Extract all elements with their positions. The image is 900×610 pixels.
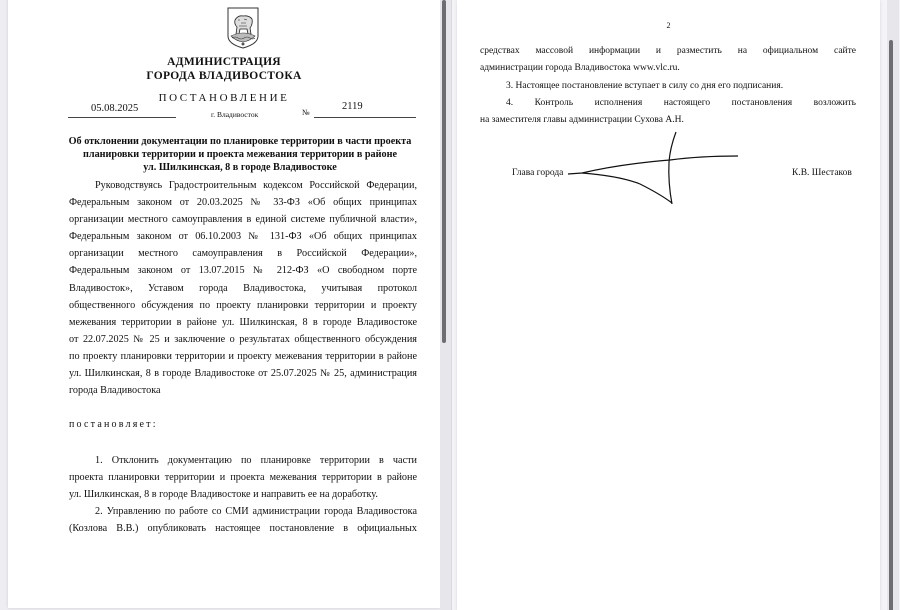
document-pane-left: АДМИНИСТРАЦИЯ ГОРОДА ВЛАДИВОСТОКА ПОСТАН…: [0, 0, 452, 610]
document-page-2: 2 средствах массовой информации и размес…: [457, 0, 880, 610]
number-sign: №: [302, 108, 310, 117]
text-line: на заместителя главы администрации Сухов…: [480, 112, 856, 129]
coat-of-arms-icon: [226, 6, 260, 50]
document-date: 05.08.2025: [91, 103, 138, 114]
signatory-title: Глава города: [512, 168, 563, 178]
text-line: межевания территории в районе ул. Шилкин…: [69, 314, 417, 331]
text-line: администрации города Владивостока www.vl…: [480, 60, 856, 77]
text-line: от 22.07.2025 № 25 и заключение о резуль…: [69, 331, 417, 348]
document-city: г. Владивосток: [211, 110, 258, 119]
text-line: 2. Управлению по работе со СМИ администр…: [69, 503, 417, 520]
text-line: ул. Шилкинская, 8 в городе Владивостоке …: [69, 486, 417, 503]
text-line: 1. Отклонить документацию по планировке …: [69, 452, 417, 469]
text-line: города Владивостока: [69, 382, 417, 399]
preamble-paragraph: Руководствуясь Градостроительным кодексо…: [69, 177, 417, 399]
text-line: Федеральным законом от 13.07.2015 № 212-…: [69, 262, 417, 279]
document-type: ПОСТАНОВЛЕНИЕ: [8, 92, 440, 104]
date-underline: [68, 117, 176, 118]
text-line: средствах массовой информации и размести…: [480, 43, 856, 60]
number-underline: [314, 117, 416, 118]
text-line: Федеральным законом от 06.10.2003 № 131-…: [69, 228, 417, 245]
item-4-paragraph: 4. Контроль исполнения настоящего постан…: [480, 95, 856, 129]
item-2-continued: средствах массовой информации и размести…: [480, 43, 856, 77]
text-line: (Козлова В.В.) опубликовать настоящее по…: [69, 520, 417, 537]
signatory-name: К.В. Шестаков: [792, 168, 852, 178]
title-line: планировки территории и проекта межевани…: [64, 148, 416, 161]
text-line: Руководствуясь Градостроительным кодексо…: [69, 177, 417, 194]
item-3-paragraph: 3. Настоящее постановление вступает в си…: [480, 78, 856, 95]
item-1-paragraph: 1. Отклонить документацию по планировке …: [69, 452, 417, 503]
text-line: общественного обсуждения по проекту план…: [69, 297, 417, 314]
document-page-1: АДМИНИСТРАЦИЯ ГОРОДА ВЛАДИВОСТОКА ПОСТАН…: [8, 0, 440, 608]
text-line: Владивосток», Уставом города Владивосток…: [69, 280, 417, 297]
text-line: организации местного самоуправления в Ро…: [69, 245, 417, 262]
document-title: Об отклонении документации по планировке…: [64, 135, 416, 174]
text-line: Федеральным законом от 20.03.2025 № 33-Ф…: [69, 194, 417, 211]
item-2-paragraph: 2. Управлению по работе со СМИ администр…: [69, 503, 417, 537]
title-line: Об отклонении документации по планировке…: [64, 135, 416, 148]
text-line: организации местного самоуправления в ед…: [69, 211, 417, 228]
text-line: проекта планировки территории и проекта …: [69, 469, 417, 486]
org-name-line2: ГОРОДА ВЛАДИВОСТОКА: [8, 70, 440, 82]
title-line: ул. Шилкинская, 8 в городе Владивостоке: [64, 161, 416, 174]
text-line: ул. Шилкинская, 8 в городе Владивостоке …: [69, 365, 417, 382]
document-pane-right: 2 средствах массовой информации и размес…: [452, 0, 900, 610]
text-line: 3. Настоящее постановление вступает в си…: [480, 78, 856, 95]
signature-icon: [560, 128, 790, 208]
left-scrollbar-thumb[interactable]: [442, 0, 446, 343]
resolves-heading: постановляет:: [69, 419, 158, 430]
document-number: 2119: [342, 101, 363, 112]
text-line: по проекту планировки территории и проек…: [69, 348, 417, 365]
text-line: 4. Контроль исполнения настоящего постан…: [480, 95, 856, 112]
org-name-line1: АДМИНИСТРАЦИЯ: [8, 56, 440, 68]
right-scrollbar-thumb[interactable]: [889, 40, 893, 610]
page-number: 2: [457, 21, 880, 30]
